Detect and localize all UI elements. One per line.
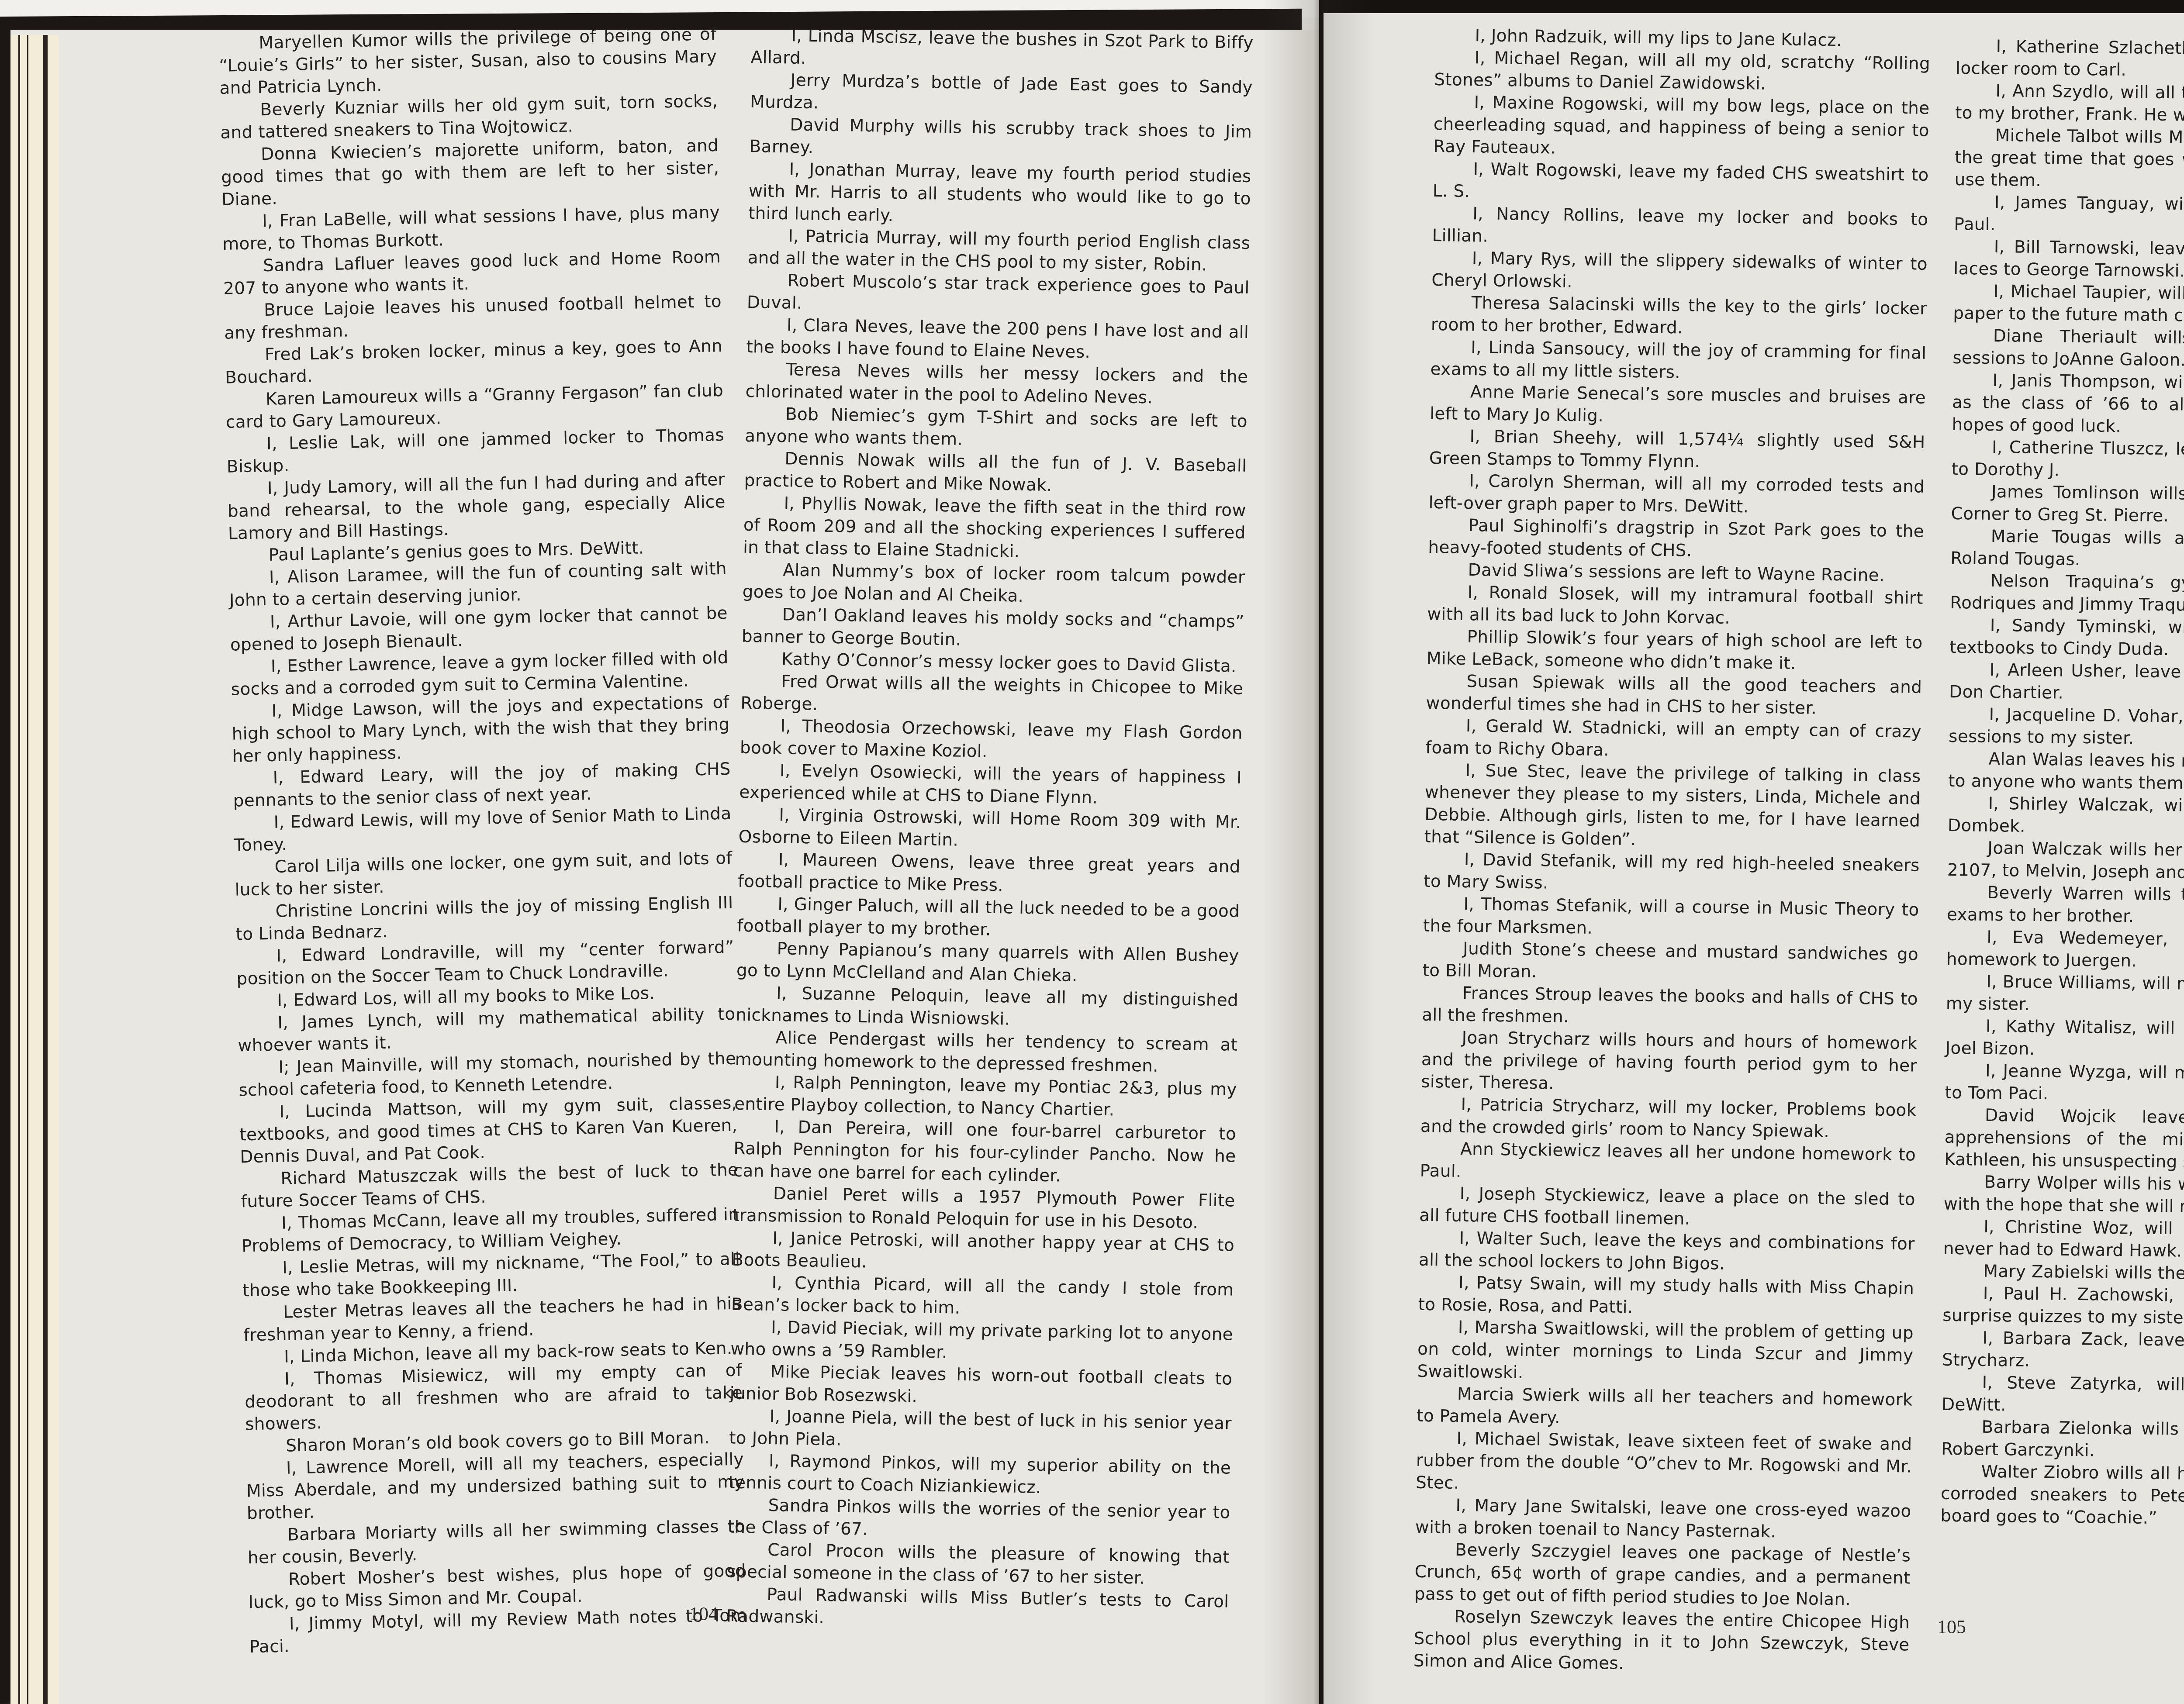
- will-entry: I, Raymond Pinkos, will my superior abil…: [728, 1449, 1231, 1502]
- will-entry: David Wojcik leaves all the worries and …: [1944, 1104, 2184, 1176]
- will-entry: I, Shirley Walczak, will “Davey Wavey” t…: [1948, 792, 2184, 842]
- will-entry: I, Michael Regan, will all my old, scrat…: [1434, 46, 1930, 97]
- will-entry: I, Ginger Paluch, will all the luck need…: [737, 893, 1240, 945]
- will-entry: I, Joseph Styckiewicz, leave a place on …: [1419, 1182, 1915, 1233]
- will-entry: I, Kathy Witalisz, will my four-year-old…: [1945, 1015, 2184, 1065]
- will-entry: I, Arleen Usher, leave all the fun I had…: [1949, 659, 2184, 708]
- will-entry: I, Carolyn Sherman, will all my corroded…: [1428, 469, 1925, 521]
- will-entry: I, Walter Such, leave the keys and combi…: [1419, 1227, 1915, 1278]
- will-entry: Fred Orwat wills all the weights in Chic…: [740, 670, 1243, 722]
- will-entry: Alan Nummy’s box of locker room talcum p…: [742, 559, 1245, 611]
- will-entry: Judith Stone’s cheese and mustard sandwi…: [1422, 937, 1918, 988]
- will-entry: Penny Papianou’s many quarrels with Alle…: [736, 937, 1239, 990]
- will-entry: James Tomlinson wills another year in Bu…: [1951, 480, 2184, 530]
- will-entry: Barry Wolper wills his warped track shoe…: [1944, 1171, 2184, 1221]
- will-entry: I, David Pieciak, will my private parkin…: [730, 1316, 1233, 1368]
- will-entry: I, Brian Sheehy, will 1,574¼ slightly us…: [1429, 425, 1925, 476]
- will-entry: Marcia Swierk wills all her teachers and…: [1417, 1383, 1913, 1434]
- will-entry: I, Judy Lamory, will all the fun I had d…: [227, 469, 726, 545]
- will-entry: I, Sue Stec, leave the privilege of talk…: [1424, 759, 1921, 855]
- column-4: I, Katherine Szlachetka, will my locker …: [1940, 35, 2184, 1532]
- will-entry: Dan’l Oakland leaves his moldy socks and…: [742, 603, 1244, 655]
- will-entry: I, Nancy Rollins, leave my locker and bo…: [1432, 202, 1928, 253]
- will-entry: Nelson Traquina’s gym stuff is left to D…: [1950, 569, 2184, 619]
- will-entry: I, Steve Zatyrka, will Home Room 214 to …: [1942, 1371, 2184, 1421]
- will-entry: I, Sandy Tyminski, will the dust from my…: [1949, 614, 2184, 664]
- will-entry: Paul Radwanski wills Miss Butler’s tests…: [726, 1583, 1229, 1635]
- will-entry: Carol Procon wills the pleasure of knowi…: [727, 1538, 1230, 1591]
- column-1: Maryellen Kumor wills the privilege of b…: [218, 23, 747, 1658]
- will-entry: I, Maxine Rogowski, will my bow legs, pl…: [1433, 91, 1930, 164]
- will-entry: I, Marsha Swaitlowski, will the problem …: [1417, 1316, 1914, 1389]
- will-entry: Alan Walas leaves his moldy, old gym sui…: [1948, 748, 2184, 797]
- will-entry: Marie Tougas wills all her books and wor…: [1950, 525, 2184, 575]
- will-entry: I, Mary Jane Switalski, leave one cross-…: [1415, 1494, 1911, 1545]
- will-entry: Teresa Neves wills her messy lockers and…: [745, 358, 1248, 410]
- will-entry: I, Ronald Slosek, will my intramural foo…: [1427, 581, 1923, 632]
- will-entry: I, Christine Woz, will all the good teac…: [1943, 1215, 2184, 1265]
- will-entry: Daniel Peret wills a 1957 Plymouth Power…: [733, 1182, 1235, 1235]
- will-entry: Frances Stroup leaves the books and hall…: [1422, 982, 1918, 1033]
- will-entry: I, Eva Wedemeyer, leave all the fun of d…: [1946, 926, 2184, 976]
- page-number-right: 105: [1937, 1616, 1966, 1638]
- will-entry: Robert Muscolo’s star track experience g…: [747, 269, 1250, 321]
- will-entry: I, Mary Rys, will the slippery sidewalks…: [1431, 247, 1928, 298]
- will-entry: Ann Styckiewicz leaves all her undone ho…: [1420, 1138, 1916, 1189]
- will-entry: Dennis Nowak wills all the fun of J. V. …: [744, 447, 1247, 500]
- will-entry: I, Midge Lawson, will the joys and expec…: [231, 691, 730, 768]
- will-entry: Beverly Szczygiel leaves one package of …: [1414, 1538, 1911, 1612]
- will-entry: Roselyn Szewczyk leaves the entire Chico…: [1413, 1605, 1910, 1679]
- will-entry: I, Evelyn Osowiecki, will the years of h…: [739, 759, 1242, 811]
- will-entry: I, Lucinda Mattson, will my gym suit, cl…: [239, 1092, 738, 1169]
- will-entry: I, Theodosia Orzechowski, leave my Flash…: [740, 714, 1243, 767]
- column-2: I, Linda Mscisz, leave the bushes in Szo…: [726, 24, 1254, 1635]
- will-entry: I, Michael Swistak, leave sixteen feet o…: [1416, 1427, 1912, 1500]
- will-entry: I, Thomas Stefanik, will a course in Mus…: [1423, 893, 1919, 944]
- will-entry: Paul Sighinolfi’s dragstrip in Szot Park…: [1428, 514, 1924, 565]
- will-entry: Anne Marie Senecal’s sore muscles and br…: [1430, 380, 1926, 431]
- will-entry: I, Walt Rogowski, leave my faded CHS swe…: [1433, 158, 1929, 209]
- will-entry: I, Suzanne Peloquin, leave all my distin…: [736, 982, 1238, 1034]
- will-entry: Jerry Murdza’s bottle of Jade East goes …: [750, 69, 1253, 121]
- will-entry: I, Barbara Zack, leave all I did not hav…: [1942, 1327, 2184, 1376]
- will-entry: I, Janice Petroski, will another happy y…: [732, 1227, 1234, 1279]
- will-entry: I, Joanne Piela, will the best of luck i…: [729, 1405, 1232, 1457]
- will-entry: I, Michael Taupier, will a slightly used…: [1953, 280, 2184, 330]
- page-edge-line: [27, 35, 28, 1704]
- will-entry: Joan Strycharz wills hours and hours of …: [1421, 1026, 1918, 1100]
- will-entry: Donna Kwiecien’s majorette uniform, bato…: [221, 135, 720, 211]
- page-edge-line: [43, 35, 48, 1704]
- will-entry: I, Patsy Swain, will my study halls with…: [1418, 1271, 1914, 1322]
- will-entry: I, Patricia Murray, will my fourth perio…: [747, 224, 1250, 277]
- will-entry: Joan Walczak wills her lockers, Nos. 112…: [1947, 837, 2184, 886]
- will-entry: Alice Pendergast wills her tendency to s…: [735, 1026, 1237, 1079]
- will-entry: I, Bill Tarnowski, leave seven pairs of …: [1953, 235, 2184, 285]
- will-entry: I, Gerald W. Stadnicki, will an empty ca…: [1425, 714, 1921, 766]
- will-entry: I, Paul H. Zachowski, will my books, tea…: [1942, 1282, 2184, 1332]
- will-entry: I, Ralph Pennington, leave my Pontiac 2&…: [734, 1071, 1237, 1123]
- will-entry: Phillip Slowik’s four years of high scho…: [1427, 625, 1923, 676]
- will-entry: I, David Stefanik, will my red high-heel…: [1424, 848, 1920, 899]
- will-entry: I, Jeanne Wyzga, will my versatility in …: [1945, 1059, 2184, 1109]
- will-entry: Sandra Pinkos wills the worries of the s…: [728, 1494, 1230, 1546]
- will-entry: I, Katherine Szlachetka, will my locker …: [1956, 35, 2184, 85]
- will-entry: Beverly Warren wills the fun she had stu…: [1947, 881, 2184, 931]
- will-entry: I, Cynthia Picard, will all the candy I …: [731, 1271, 1234, 1324]
- will-entry: I, Clara Neves, leave the 200 pens I hav…: [746, 314, 1249, 366]
- will-entry: I, Dan Pereira, will one four-barrel car…: [733, 1115, 1236, 1190]
- will-entry: I, Jacqueline D. Vohar, leave all 100 of…: [1949, 703, 2184, 753]
- will-entry: Barbara Zielonka wills her homework and …: [1941, 1416, 2184, 1466]
- will-entry: I, Linda Mscisz, leave the bushes in Szo…: [750, 24, 1253, 76]
- will-entry: I, Linda Sansoucy, will the joy of cramm…: [1430, 336, 1926, 387]
- will-entry: I, Lawrence Morell, will all my teachers…: [246, 1449, 745, 1525]
- will-entry: Bob Niemiec’s gym T-Shirt and socks are …: [745, 403, 1248, 455]
- will-entry: I, Thomas Misiewicz, will my empty can o…: [244, 1359, 743, 1436]
- will-entry: I, Jonathan Murray, leave my fourth peri…: [748, 158, 1251, 232]
- will-entry: I, Janis Thompson, will the attempts to …: [1952, 369, 2184, 441]
- will-entry: I, Phyllis Nowak, leave the fifth seat i…: [743, 492, 1246, 566]
- page-number-left: 104: [689, 1603, 718, 1625]
- will-entry: Theresa Salacinski wills the key to the …: [1431, 291, 1927, 342]
- will-entry: Michele Talbot wills Monk, Ted, Snake an…: [1954, 124, 2184, 196]
- will-entry: I, James Tanguay, will my gym suit to Mi…: [1954, 191, 2184, 241]
- will-entry: Diane Theriault wills all 210 of her uns…: [1952, 324, 2184, 374]
- will-entry: I, Maureen Owens, leave three great year…: [738, 848, 1241, 900]
- will-entry: Susan Spiewak wills all the good teacher…: [1426, 670, 1922, 721]
- will-entry: Maryellen Kumor wills the privilege of b…: [218, 23, 718, 100]
- will-entry: I, Bruce Williams, will my old, dusty, b…: [1946, 970, 2184, 1020]
- will-entry: I, Ann Szydlo, will all the pep I used f…: [1955, 79, 2184, 129]
- page-edge-line: [18, 35, 20, 1704]
- will-entry: I, Virginia Ostrowski, will Home Room 30…: [738, 804, 1241, 856]
- will-entry: Walter Ziobro wills all his warped tenni…: [1940, 1460, 2184, 1532]
- will-entry: I, Catherine Tluszcz, leave the skeleton…: [1951, 436, 2184, 486]
- will-entry: I, Patricia Strycharz, will my locker, P…: [1420, 1093, 1917, 1144]
- page-edges-left: [10, 35, 59, 1704]
- will-entry: Mike Pieciak leaves his worn-out footbal…: [729, 1360, 1232, 1413]
- will-entry: David Murphy wills his scrubby track sho…: [749, 113, 1252, 166]
- column-3: I, John Radzuik, will my lips to Jane Ku…: [1413, 24, 1931, 1679]
